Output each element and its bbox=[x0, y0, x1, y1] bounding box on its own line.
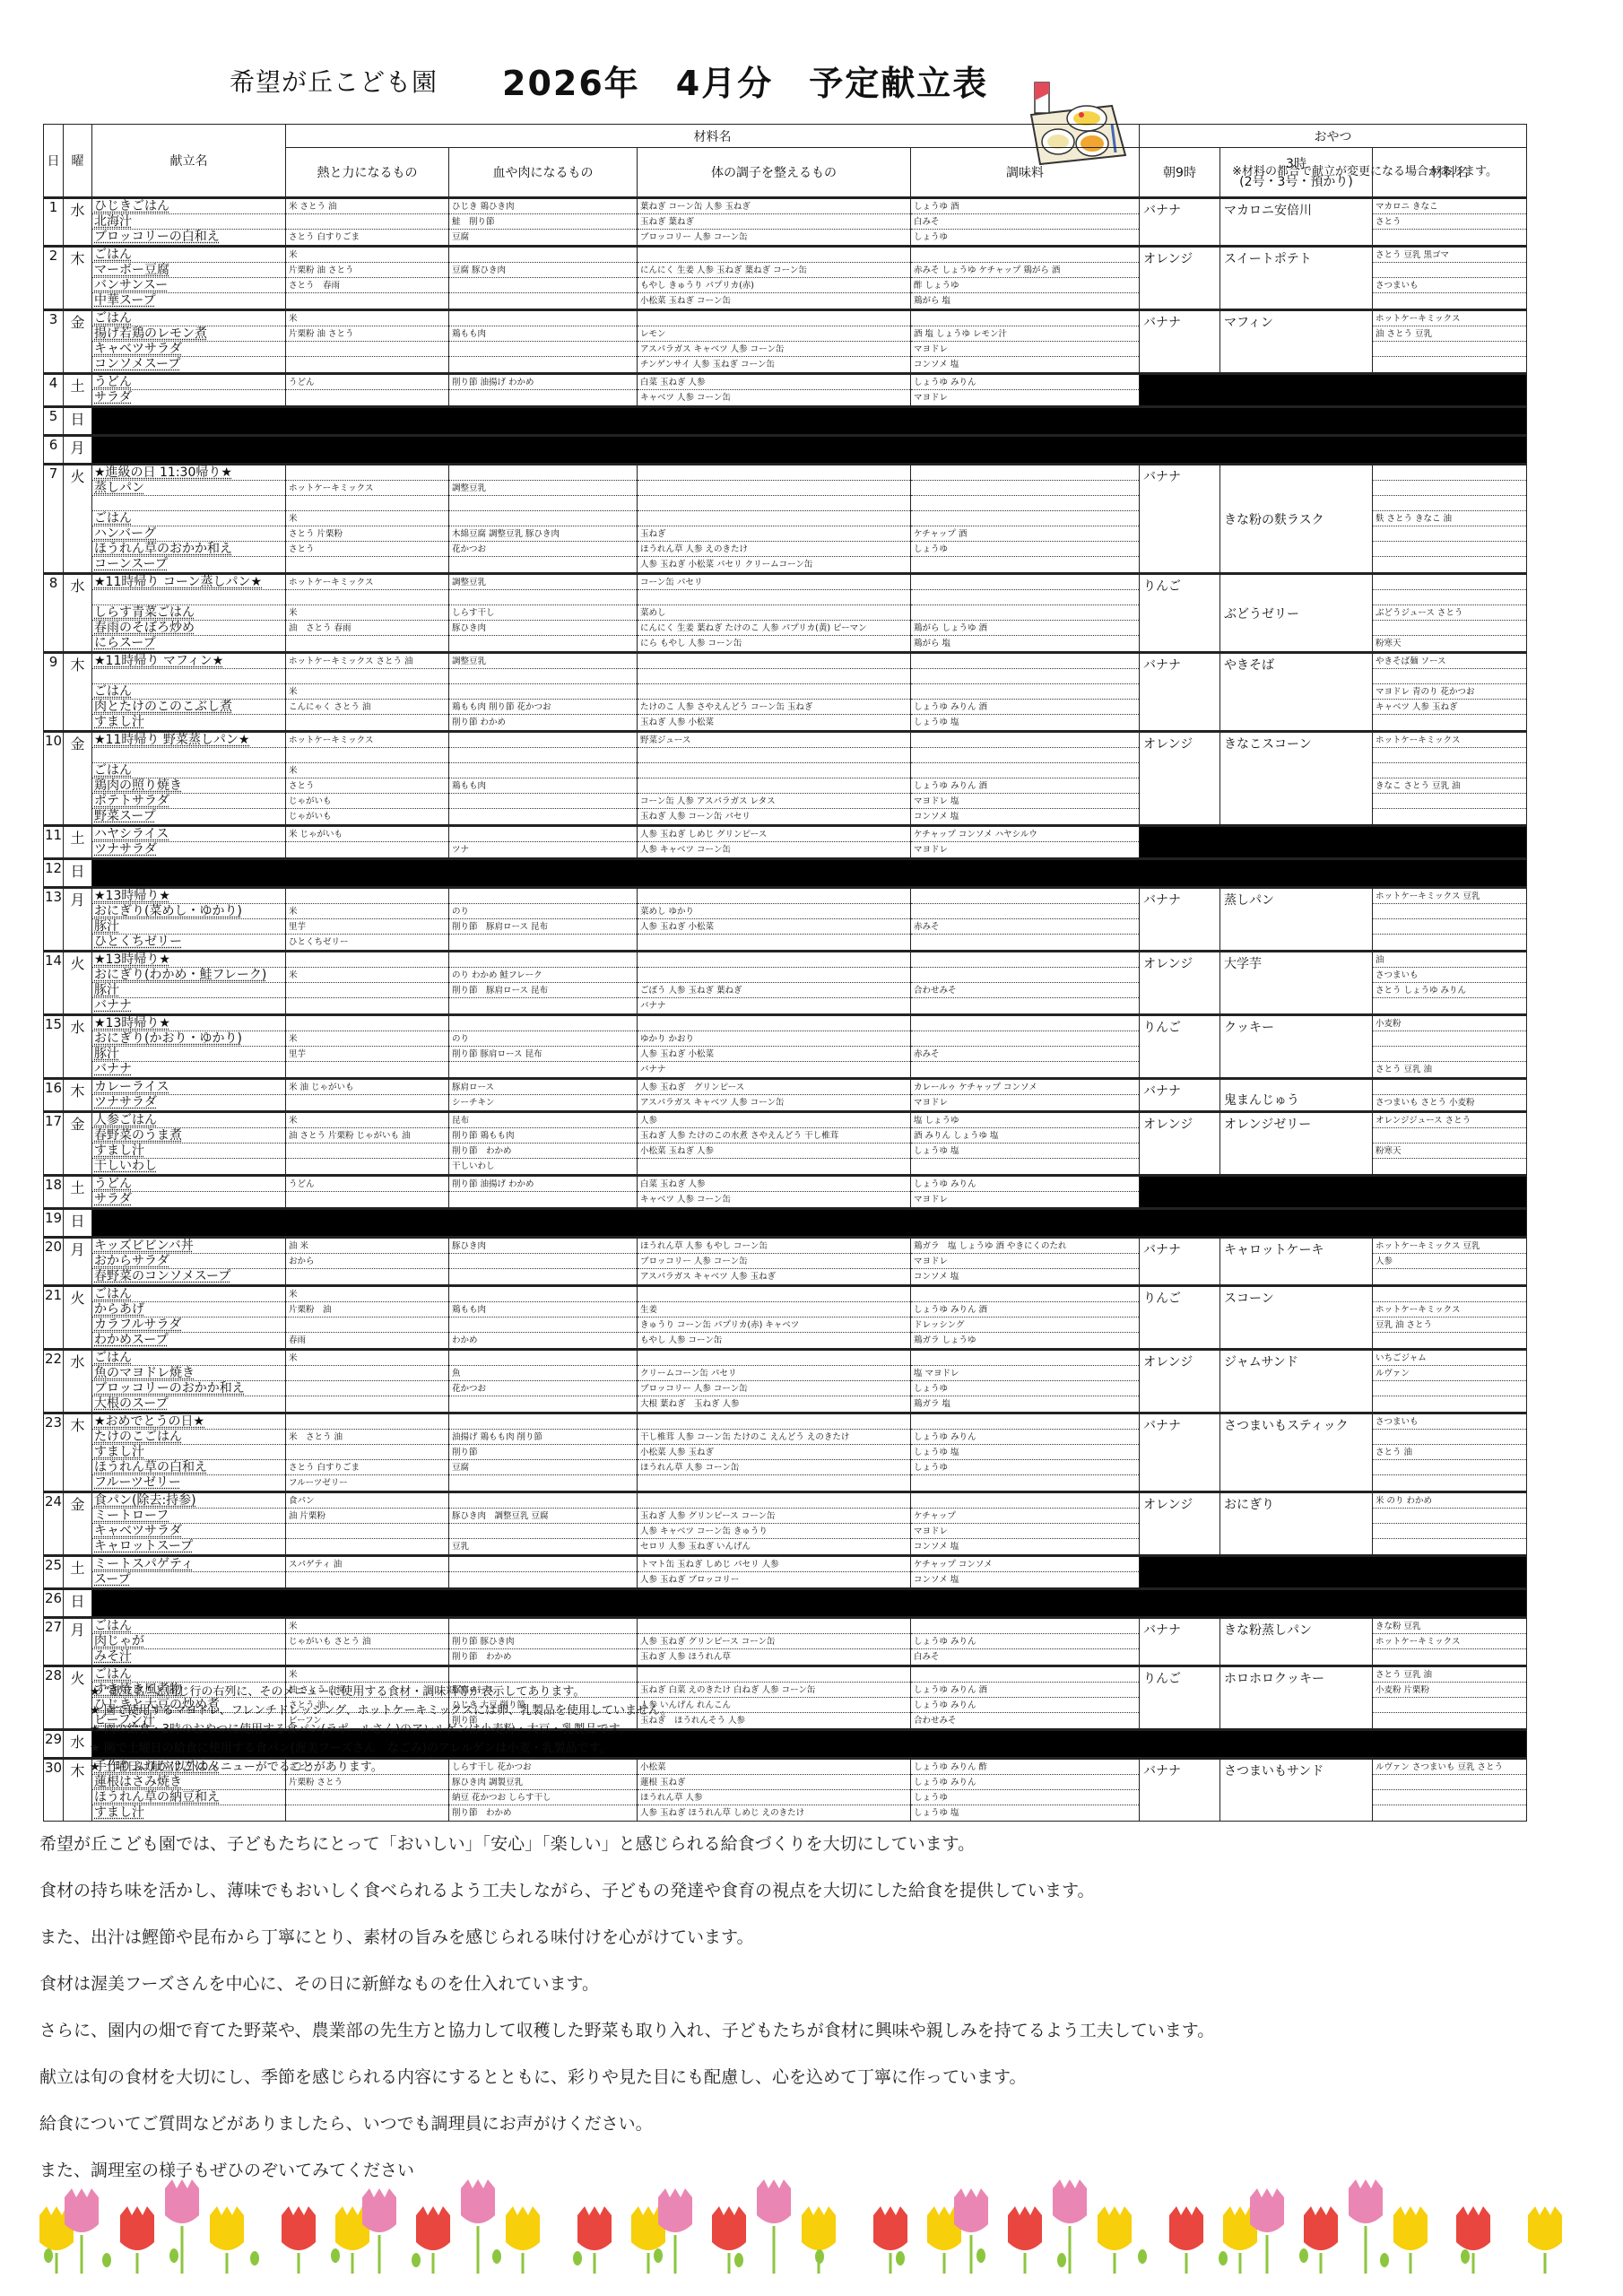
afternoon-snack: スイートポテト bbox=[1220, 247, 1373, 310]
no-snack-block bbox=[1140, 826, 1527, 859]
seasonings: コンソメ 塩 bbox=[911, 1572, 1139, 1587]
morning-fruit: オレンジ bbox=[1140, 732, 1220, 826]
dish-name-cell: 人参ごはん春野菜のうま煮すまし汁干しいわし bbox=[92, 1112, 286, 1176]
energy-foods-cell: ホットケーキミックス米さとう 片栗粉さとう bbox=[286, 465, 449, 574]
vegetable-foods: 小松菜 bbox=[638, 1760, 910, 1775]
morning-fruit: バナナ bbox=[1140, 1759, 1220, 1822]
snack-ingredient bbox=[1373, 669, 1526, 684]
seasonings bbox=[911, 952, 1139, 968]
dish-name: ★13時帰り★ bbox=[92, 1016, 285, 1031]
dish-name: カレーライス bbox=[92, 1080, 285, 1095]
vegetable-foods: 小松菜 人参 玉ねぎ bbox=[638, 1445, 910, 1460]
protein-foods: 豆乳 bbox=[449, 1539, 637, 1554]
note-item: ★ “献立名” と同じ行の右列に、そのメニューに使用する食材・調味料等が表示して… bbox=[90, 1683, 673, 1701]
day-row: 19日 bbox=[44, 1209, 1527, 1238]
protein-foods-cell: 調整豆乳しらす干し豚ひき肉 bbox=[449, 574, 638, 653]
seasonings: マヨドレ bbox=[911, 1524, 1139, 1539]
day-number: 1 bbox=[44, 198, 64, 247]
seasonings: ケチャップ コンソメ bbox=[911, 1557, 1139, 1572]
snack-ingredients-cell: やきそば麺 ソースマヨドレ 青のり 花かつおキャベツ 人参 玉ねぎ bbox=[1373, 653, 1527, 732]
day-of-week: 金 bbox=[64, 1112, 92, 1176]
dish-name: ほうれん草の白和え bbox=[92, 1460, 285, 1475]
protein-foods: のり bbox=[449, 1031, 637, 1047]
protein-foods: 削り節 豚肩ロース 昆布 bbox=[449, 1047, 637, 1062]
vegetable-foods: 玉ねぎ bbox=[638, 526, 910, 542]
vegetable-foods: 人参 玉ねぎ グリンピース bbox=[638, 1080, 910, 1095]
energy-foods bbox=[286, 590, 448, 605]
day-of-week: 月 bbox=[64, 436, 92, 465]
protein-foods: 豚ひき肉 bbox=[449, 621, 637, 636]
dish-name: 肉とたけのこのこぶし煮 bbox=[92, 700, 285, 715]
vegetable-foods: バナナ bbox=[638, 998, 910, 1013]
snack-ingredient bbox=[1373, 904, 1526, 919]
snack-name: きな粉の麩ラスク bbox=[1224, 513, 1324, 527]
snack-ingredient bbox=[1373, 1287, 1526, 1302]
protein-foods: 油揚げ 鶏もも肉 削り節 bbox=[449, 1430, 637, 1445]
dish-name: ブロッコリーのおかか和え bbox=[92, 1381, 285, 1396]
vegetable-foods: 人参 bbox=[638, 1113, 910, 1128]
energy-foods: 米 さとう 油 bbox=[286, 1430, 448, 1445]
vegetable-foods bbox=[638, 669, 910, 684]
protein-foods: 豆腐 bbox=[449, 1460, 637, 1475]
energy-foods-cell: 米片栗粉 油 さとうさとう 春雨 bbox=[286, 247, 449, 310]
no-snack-block bbox=[1140, 374, 1527, 407]
seasonings bbox=[911, 496, 1139, 511]
energy-foods: じゃがいも bbox=[286, 794, 448, 809]
snack-ingredients-cell: ホットケーキミックス豆乳 油 さとう bbox=[1373, 1286, 1527, 1350]
col-blood-muscle: 血や肉になるもの bbox=[449, 148, 638, 198]
protein-foods bbox=[449, 311, 637, 326]
snack-ingredient bbox=[1373, 357, 1526, 372]
energy-foods bbox=[286, 1524, 448, 1539]
vegetable-foods-cell: 生姜きゅうり コーン缶 パプリカ(赤) キャベツもやし 人参 コーン缶 bbox=[638, 1286, 911, 1350]
energy-foods-cell: 米片栗粉 油 さとう bbox=[286, 310, 449, 374]
day-of-week: 火 bbox=[64, 952, 92, 1015]
protein-foods-cell: 削り節 油揚げ わかめ bbox=[449, 374, 638, 407]
snack-ingredient: さとう しょうゆ みりん bbox=[1373, 983, 1526, 998]
dish-name-cell: ★11時帰り マフィン★ごはん肉とたけのこのこぶし煮すまし汁 bbox=[92, 653, 286, 732]
protein-foods: のり わかめ 鮭フレーク bbox=[449, 968, 637, 983]
menu-table: 日 曜 献立名 材料名 おやつ 熱と力になるもの 血や肉になるもの 体の調子を整… bbox=[43, 124, 1527, 1822]
dish-name: わかめスープ bbox=[92, 1333, 285, 1348]
day-number: 4 bbox=[44, 374, 64, 407]
energy-foods: じゃがいも さとう 油 bbox=[286, 1634, 448, 1649]
protein-foods bbox=[449, 1475, 637, 1491]
energy-foods bbox=[286, 1192, 448, 1207]
protein-foods bbox=[449, 1318, 637, 1333]
dish-name: ポテトサラダ bbox=[92, 794, 285, 809]
seasonings: しょうゆ 塩 bbox=[911, 1805, 1139, 1821]
dish-name: ごはん bbox=[92, 763, 285, 778]
dish-name bbox=[92, 669, 285, 684]
day-of-week: 木 bbox=[64, 653, 92, 732]
energy-foods bbox=[286, 1095, 448, 1110]
day-of-week: 木 bbox=[64, 1079, 92, 1112]
closed-day-block bbox=[92, 436, 1527, 465]
snack-ingredient bbox=[1373, 1381, 1526, 1396]
day-number: 26 bbox=[44, 1589, 64, 1618]
energy-foods bbox=[286, 983, 448, 998]
seasonings: 赤みそ bbox=[911, 919, 1139, 935]
snack-name: クッキー bbox=[1224, 1021, 1274, 1035]
energy-foods bbox=[286, 1381, 448, 1396]
protein-foods: 鮭 削り節 bbox=[449, 214, 637, 230]
snack-ingredient: ルヴァン bbox=[1373, 1366, 1526, 1381]
message-paragraph: 給食についてご質問などがありましたら、いつでも調理員にお声がけください。 bbox=[39, 2100, 1214, 2147]
energy-foods bbox=[286, 1790, 448, 1805]
dish-name: フルーツゼリー bbox=[92, 1475, 285, 1491]
protein-foods bbox=[449, 935, 637, 950]
no-snack-block bbox=[1140, 1556, 1527, 1589]
energy-foods: 米 bbox=[286, 1351, 448, 1366]
seasonings bbox=[911, 1159, 1139, 1174]
seasonings: コンソメ 塩 bbox=[911, 1269, 1139, 1284]
energy-foods bbox=[286, 1318, 448, 1333]
energy-foods-cell: 米里芋ひとくちゼリー bbox=[286, 888, 449, 952]
dish-name: ツナサラダ bbox=[92, 842, 285, 857]
protein-foods bbox=[449, 278, 637, 293]
energy-foods bbox=[286, 952, 448, 968]
snack-name: オレンジゼリー bbox=[1224, 1118, 1311, 1132]
dish-name: マーボー豆腐 bbox=[92, 263, 285, 278]
snack-ingredients-cell: さつまいも さとう 小麦粉 bbox=[1373, 1079, 1527, 1112]
protein-foods bbox=[449, 590, 637, 605]
seasonings: ケチャップ 酒 bbox=[911, 526, 1139, 542]
protein-foods bbox=[449, 748, 637, 763]
snack-ingredient bbox=[1373, 230, 1526, 245]
message-paragraph: 希望が丘こども園では、子どもたちにとって「おいしい」「安心」「楽しい」と感じられ… bbox=[39, 1821, 1214, 1867]
seasonings bbox=[911, 669, 1139, 684]
morning-fruit: バナナ bbox=[1140, 198, 1220, 247]
afternoon-snack: スコーン bbox=[1220, 1286, 1373, 1350]
energy-foods: 米 bbox=[286, 684, 448, 700]
seasonings: マヨドレ bbox=[911, 1254, 1139, 1269]
dish-name: カラフルサラダ bbox=[92, 1318, 285, 1333]
seasonings-cell: しょうゆ みりん 酒マヨドレ 塩コンソメ 塩 bbox=[911, 732, 1140, 826]
protein-foods: 鶏もも肉 bbox=[449, 1302, 637, 1318]
dish-name-cell: ごはん揚げ若鶏のレモン煮キャベツサラダコンソメスープ bbox=[92, 310, 286, 374]
snack-ingredient: キャベツ 人参 玉ねぎ bbox=[1373, 700, 1526, 715]
snack-ingredient bbox=[1373, 542, 1526, 557]
day-number: 23 bbox=[44, 1413, 64, 1492]
dish-name: ★11時帰り コーン蒸しパン★ bbox=[92, 575, 285, 590]
protein-foods: 昆布 bbox=[449, 1113, 637, 1128]
seasonings: マヨドレ bbox=[911, 390, 1139, 405]
snack-ingredient: ホットケーキミックス bbox=[1373, 733, 1526, 748]
snack-ingredient bbox=[1373, 1713, 1526, 1728]
seasonings bbox=[911, 465, 1139, 481]
energy-foods: ホットケーキミックス bbox=[286, 575, 448, 590]
day-number: 22 bbox=[44, 1350, 64, 1413]
energy-foods-cell: ホットケーキミックス米さとうじゃがいもじゃがいも bbox=[286, 732, 449, 826]
seasonings-cell: しょうゆ みりん 酢しょうゆ みりんしょうゆしょうゆ 塩 bbox=[911, 1759, 1140, 1822]
note-item: ★ 土曜日は献立以外のメニューがでることがあります。 bbox=[90, 1758, 673, 1777]
vegetable-foods bbox=[638, 465, 910, 481]
energy-foods: 米 bbox=[286, 904, 448, 919]
closed-day-block bbox=[92, 407, 1527, 436]
vegetable-foods bbox=[638, 935, 910, 950]
morning-fruit: バナナ bbox=[1140, 310, 1220, 374]
morning-fruit: オレンジ bbox=[1140, 1112, 1220, 1176]
afternoon-snack: やきそば bbox=[1220, 653, 1373, 732]
afternoon-snack: マカロニ安倍川 bbox=[1220, 198, 1373, 247]
dish-name: ミートスパゲティ bbox=[92, 1557, 285, 1572]
seasonings bbox=[911, 904, 1139, 919]
afternoon-snack: 大学芋 bbox=[1220, 952, 1373, 1015]
energy-foods: 油 さとう 春雨 bbox=[286, 621, 448, 636]
energy-foods: 米 bbox=[286, 248, 448, 263]
day-of-week: 土 bbox=[64, 826, 92, 859]
protein-foods: 花かつお bbox=[449, 1381, 637, 1396]
seasonings: しょうゆ bbox=[911, 1790, 1139, 1805]
vegetable-foods bbox=[638, 496, 910, 511]
snack-ingredient: ホットケーキミックス bbox=[1373, 1302, 1526, 1318]
protein-foods: 鶏もも肉 bbox=[449, 326, 637, 342]
dish-name: ★11時帰り 野菜蒸しパン★ bbox=[92, 733, 285, 748]
vegetable-foods bbox=[638, 311, 910, 326]
day-row: 15水★13時帰り★おにぎり(かおり・ゆかり)豚汁バナナ米里芋のり削り節 豚肩ロ… bbox=[44, 1015, 1527, 1079]
afternoon-snack: クッキー bbox=[1220, 1015, 1373, 1079]
energy-foods-cell: うどん bbox=[286, 374, 449, 407]
day-row: 2木ごはんマーボー豆腐バンサンスー中華スープ米片栗粉 油 さとうさとう 春雨豆腐… bbox=[44, 247, 1527, 310]
energy-foods bbox=[286, 1445, 448, 1460]
dish-name: 春野菜のコンソメスープ bbox=[92, 1269, 285, 1284]
seasonings bbox=[911, 733, 1139, 748]
day-row: 24金食パン(除去:持参)ミートローフキャベツサラダキャロットスープ食パン油 片… bbox=[44, 1492, 1527, 1556]
day-of-week: 土 bbox=[64, 374, 92, 407]
protein-foods: シーチキン bbox=[449, 1095, 637, 1110]
vegetable-foods: きゅうり コーン缶 パプリカ(赤) キャベツ bbox=[638, 1318, 910, 1333]
day-number: 12 bbox=[44, 859, 64, 888]
protein-foods bbox=[449, 248, 637, 263]
vegetable-foods: バナナ bbox=[638, 1062, 910, 1077]
energy-foods: フルーツゼリー bbox=[286, 1475, 448, 1491]
protein-foods: 削り節 油揚げ わかめ bbox=[449, 375, 637, 390]
snack-ingredient bbox=[1373, 794, 1526, 809]
seasonings: 鶏がら 塩 bbox=[911, 293, 1139, 309]
dish-name: ハンバーグ bbox=[92, 526, 285, 542]
seasonings: しょうゆ 酒 bbox=[911, 199, 1139, 214]
morning-fruit: オレンジ bbox=[1140, 1492, 1220, 1556]
seasonings: 白みそ bbox=[911, 1649, 1139, 1665]
morning-fruit: バナナ bbox=[1140, 1238, 1220, 1286]
vegetable-foods-cell: 菜めし ゆかり人参 玉ねぎ 小松菜 bbox=[638, 888, 911, 952]
energy-foods: おから bbox=[286, 1254, 448, 1269]
dish-name: ごはん bbox=[92, 511, 285, 526]
day-of-week: 水 bbox=[64, 1730, 92, 1759]
vegetable-foods: アスパラガス キャベツ 人参 玉ねぎ bbox=[638, 1269, 910, 1284]
seasonings-cell: 赤みそ bbox=[911, 1015, 1140, 1079]
dish-name: スープ bbox=[92, 1572, 285, 1587]
seasonings: しょうゆ bbox=[911, 1460, 1139, 1475]
seasonings bbox=[911, 684, 1139, 700]
seasonings: しょうゆ みりん 酢 bbox=[911, 1760, 1139, 1775]
day-row: 5日 bbox=[44, 407, 1527, 436]
day-row: 27月ごはん肉じゃがみそ汁米じゃがいも さとう 油削り節 豚ひき肉削り節 わかめ… bbox=[44, 1618, 1527, 1666]
day-of-week: 水 bbox=[64, 1015, 92, 1079]
energy-foods bbox=[286, 1805, 448, 1821]
vegetable-foods: もやし 人参 コーン缶 bbox=[638, 1333, 910, 1348]
energy-foods bbox=[286, 1572, 448, 1587]
day-row: 13月★13時帰り★おにぎり(菜めし・ゆかり)豚汁ひとくちゼリー米里芋ひとくちゼ… bbox=[44, 888, 1527, 952]
vegetable-foods-cell: にんにく 生姜 人参 玉ねぎ 葉ねぎ コーン缶もやし きゅうり パプリカ(赤)小… bbox=[638, 247, 911, 310]
morning-fruit: オレンジ bbox=[1140, 1350, 1220, 1413]
energy-foods: 米 bbox=[286, 1113, 448, 1128]
dish-name: 肉じゃが bbox=[92, 1634, 285, 1649]
day-row: 3金ごはん揚げ若鶏のレモン煮キャベツサラダコンソメスープ米片栗粉 油 さとう鶏も… bbox=[44, 310, 1527, 374]
seasonings bbox=[911, 1667, 1139, 1683]
dish-name: ごはん bbox=[92, 1667, 285, 1683]
energy-foods bbox=[286, 496, 448, 511]
morning-fruit: りんご bbox=[1140, 1666, 1220, 1730]
snack-ingredients-cell: ルヴァン さつまいも 豆乳 さとう bbox=[1373, 1759, 1527, 1822]
day-number: 19 bbox=[44, 1209, 64, 1238]
dish-name-cell: ごはんからあげカラフルサラダわかめスープ bbox=[92, 1286, 286, 1350]
protein-foods-cell: ツナ bbox=[449, 826, 638, 859]
day-of-week: 土 bbox=[64, 1556, 92, 1589]
seasonings bbox=[911, 748, 1139, 763]
seasonings-cell: 合わせみそ bbox=[911, 952, 1140, 1015]
vegetable-foods bbox=[638, 889, 910, 904]
day-of-week: 木 bbox=[64, 1413, 92, 1492]
vegetable-foods: 人参 玉ねぎ ブロッコリー bbox=[638, 1572, 910, 1587]
energy-foods-cell: うどん bbox=[286, 1176, 449, 1209]
dish-name: 魚のマヨドレ焼き bbox=[92, 1366, 285, 1381]
page-title: 2026年 4月分 予定献立表 bbox=[502, 56, 988, 105]
energy-foods bbox=[286, 342, 448, 357]
dish-name-cell: ごはんマーボー豆腐バンサンスー中華スープ bbox=[92, 247, 286, 310]
energy-foods: さとう 片栗粉 bbox=[286, 526, 448, 542]
vegetable-foods-cell: クリームコーン缶 パセリブロッコリー 人参 コーン缶大根 葉ねぎ 玉ねぎ 人参 bbox=[638, 1350, 911, 1413]
energy-foods: 油 米 bbox=[286, 1239, 448, 1254]
note-item: ★ 園の給食・3時のおやつに使用する食パン(ラポールさん)のアレルゲンは小麦粉・… bbox=[90, 1720, 673, 1739]
protein-foods bbox=[449, 390, 637, 405]
energy-foods: 春雨 bbox=[286, 1333, 448, 1348]
energy-foods: こんにゃく さとう 油 bbox=[286, 700, 448, 715]
closed-day-block bbox=[92, 1209, 1527, 1238]
seasonings-cell: 赤みそ bbox=[911, 888, 1140, 952]
energy-foods: うどん bbox=[286, 375, 448, 390]
notes-list: ★ “献立名” と同じ行の右列に、そのメニューに使用する食材・調味料等が表示して… bbox=[90, 1683, 673, 1777]
protein-foods bbox=[449, 1062, 637, 1077]
snack-name: マフィン bbox=[1224, 316, 1273, 330]
protein-foods bbox=[449, 809, 637, 824]
energy-foods-cell: ホットケーキミックス さとう 油米こんにゃく さとう 油 bbox=[286, 653, 449, 732]
vegetable-foods: 白菜 玉ねぎ 人参 bbox=[638, 375, 910, 390]
protein-foods: 削り節 豚肩ロース 昆布 bbox=[449, 919, 637, 935]
protein-foods bbox=[449, 1414, 637, 1430]
vegetable-foods-cell: 小松菜蓮根 玉ねぎほうれん草 人参人参 玉ねぎ ほうれん草 しめじ えのきたけ bbox=[638, 1759, 911, 1822]
snack-ingredient bbox=[1373, 1396, 1526, 1412]
snack-ingredients-cell: ホットケーキミックスきなこ さとう 豆乳 油 bbox=[1373, 732, 1527, 826]
dish-name: おにぎり(菜めし・ゆかり) bbox=[92, 904, 285, 919]
col-seasoning: 調味料 bbox=[911, 148, 1140, 198]
dish-name: ごはん bbox=[92, 1351, 285, 1366]
protein-foods-cell: 削り節 豚ひき肉削り節 わかめ bbox=[449, 1618, 638, 1666]
seasonings: しょうゆ みりん bbox=[911, 375, 1139, 390]
vegetable-foods: 小松菜 玉ねぎ 人参 bbox=[638, 1144, 910, 1159]
vegetable-foods-cell: 葉ねぎ コーン缶 人参 玉ねぎ玉ねぎ 葉ねぎブロッコリー 人参 コーン缶 bbox=[638, 198, 911, 247]
day-row: 25土ミートスパゲティスープスパゲティ 油トマト缶 玉ねぎ しめじ パセリ 人参… bbox=[44, 1556, 1527, 1589]
snack-ingredient bbox=[1373, 1269, 1526, 1284]
col-morning-snack: 朝9時 bbox=[1140, 148, 1220, 198]
protein-foods: 豚肩ロース bbox=[449, 1080, 637, 1095]
snack-ingredient: ホットケーキミックス bbox=[1373, 1634, 1526, 1649]
vegetable-foods-cell: 玉ねぎ 白菜 えのきたけ 白ねぎ 人参 コーン缶人参 いんげん れんこん玉ねぎ … bbox=[638, 1666, 911, 1730]
energy-foods: 米 さとう 油 bbox=[286, 199, 448, 214]
day-of-week: 日 bbox=[64, 1209, 92, 1238]
vegetable-foods bbox=[638, 511, 910, 526]
day-of-week: 水 bbox=[64, 574, 92, 653]
snack-ingredients-cell: 油さつまいもさとう しょうゆ みりん bbox=[1373, 952, 1527, 1015]
afternoon-snack: マフィン bbox=[1220, 310, 1373, 374]
dish-name-cell: カレーライスツナサラダ bbox=[92, 1079, 286, 1112]
seasonings: しょうゆ みりん 酒 bbox=[911, 700, 1139, 715]
vegetable-foods: ブロッコリー 人参 コーン缶 bbox=[638, 1254, 910, 1269]
dish-name: 豚汁 bbox=[92, 919, 285, 935]
dish-name: ★13時帰り★ bbox=[92, 952, 285, 968]
vegetable-foods: 玉ねぎ 人参 グリンピース コーン缶 bbox=[638, 1509, 910, 1524]
protein-foods-cell: のり削り節 豚肩ロース 昆布 bbox=[449, 888, 638, 952]
protein-foods: 削り節 わかめ bbox=[449, 715, 637, 730]
dish-name-cell: ひじきごはん北海汁ブロッコリーの白和え bbox=[92, 198, 286, 247]
energy-foods bbox=[286, 1539, 448, 1554]
vegetable-foods: 小松菜 玉ねぎ コーン缶 bbox=[638, 293, 910, 309]
protein-foods-cell bbox=[449, 1556, 638, 1589]
snack-ingredient bbox=[1373, 763, 1526, 778]
seasonings: 塩 しょうゆ bbox=[911, 1113, 1139, 1128]
vegetable-foods: セロリ 人参 玉ねぎ いんげん bbox=[638, 1539, 910, 1554]
protein-foods bbox=[449, 1619, 637, 1634]
no-snack-block bbox=[1140, 1176, 1527, 1209]
afternoon-snack: きな粉の麩ラスク bbox=[1220, 465, 1373, 574]
vegetable-foods bbox=[638, 481, 910, 496]
dish-name: 野菜スープ bbox=[92, 809, 285, 824]
seasonings bbox=[911, 968, 1139, 983]
day-number: 25 bbox=[44, 1556, 64, 1589]
snack-ingredients-cell: ホットケーキミックス 豆乳人参 bbox=[1373, 1238, 1527, 1286]
snack-ingredient: ルヴァン さつまいも 豆乳 さとう bbox=[1373, 1760, 1526, 1775]
protein-foods bbox=[449, 1524, 637, 1539]
day-number: 27 bbox=[44, 1618, 64, 1666]
protein-foods bbox=[449, 998, 637, 1013]
vegetable-foods-cell: 人参 玉ねぎ グリンピース コーン缶玉ねぎ 人参 ほうれん草 bbox=[638, 1618, 911, 1666]
seasonings: カレールゥ ケチャップ コンソメ bbox=[911, 1080, 1139, 1095]
energy-foods bbox=[286, 293, 448, 309]
protein-foods: 豆腐 bbox=[449, 230, 637, 245]
protein-foods bbox=[449, 557, 637, 572]
protein-foods-cell: 豚ひき肉 調整豆乳 豆腐豆乳 bbox=[449, 1492, 638, 1556]
protein-foods: 鶏もも肉 削り節 花かつお bbox=[449, 700, 637, 715]
snack-name: おにぎり bbox=[1224, 1498, 1274, 1512]
energy-foods bbox=[286, 390, 448, 405]
energy-foods bbox=[286, 715, 448, 730]
dish-name-cell: ★13時帰り★おにぎり(わかめ・鮭フレーク)豚汁バナナ bbox=[92, 952, 286, 1015]
afternoon-snack: オレンジゼリー bbox=[1220, 1112, 1373, 1176]
vegetable-foods: チンゲンサイ 人参 玉ねぎ コーン缶 bbox=[638, 357, 910, 372]
protein-foods-cell: 鶏もも肉わかめ bbox=[449, 1286, 638, 1350]
day-number: 3 bbox=[44, 310, 64, 374]
seasonings-cell: 鶏がら しょうゆ 酒鶏がら 塩 bbox=[911, 574, 1140, 653]
energy-foods: 米 bbox=[286, 1619, 448, 1634]
col-3pm-snack: 3時 (2号・3号・預かり) bbox=[1220, 148, 1373, 198]
energy-foods: 里芋 bbox=[286, 1047, 448, 1062]
snack-ingredient: オレンジジュース さとう bbox=[1373, 1113, 1526, 1128]
vegetable-foods: 人参 玉ねぎ 小松菜 パセリ クリームコーン缶 bbox=[638, 557, 910, 572]
seasonings bbox=[911, 1619, 1139, 1634]
dish-name: ほうれん草のおかか和え bbox=[92, 542, 285, 557]
dish-name: ミートローフ bbox=[92, 1509, 285, 1524]
